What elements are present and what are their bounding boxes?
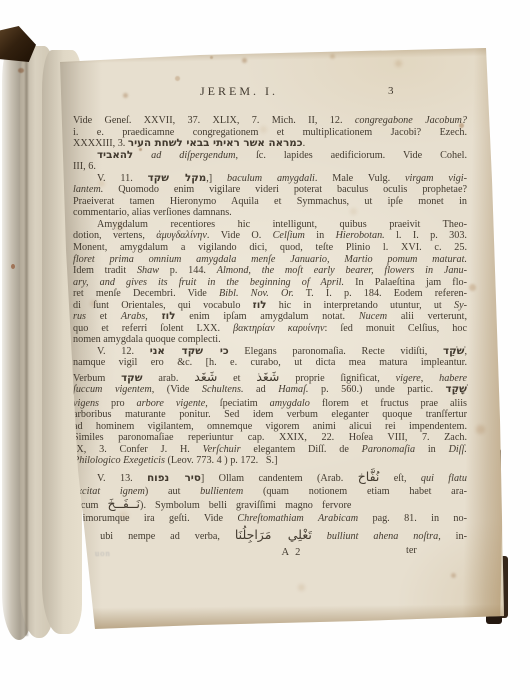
ghost-mark: uon: [95, 548, 111, 558]
text-line: V. 12. כי שקד אני Elegans paronomaſia. R…: [73, 346, 467, 358]
text-line: quo et referri ſolent LXX. βακτηρίαν καρ…: [73, 323, 467, 335]
text-line: floret prima omnium amygdala menſe Janua…: [73, 254, 467, 266]
text-line: Philologico Exegeticis (Leov. 773. 4 ) p…: [73, 455, 467, 467]
running-title: JEREM. I.: [200, 84, 278, 99]
text-line: Amygdalum recentiores hic intelligunt, q…: [73, 219, 467, 231]
page-bottom-edge: [60, 604, 510, 632]
page-footer: uon A 2 ter: [73, 547, 467, 560]
page-number: 3: [388, 85, 394, 97]
text-lines: Vide Geneſ. XXVII, 37. XLIX, 7. Mich. II…: [73, 115, 467, 540]
text-line: Monent, amygdalum a vigilando dici, quod…: [73, 242, 467, 254]
text-line: commentario, alias verſiones damnans.: [73, 207, 467, 219]
text-line: arboribus maturante ponitur. Sed idem ve…: [73, 409, 467, 421]
spine-crease: [24, 46, 29, 636]
text-line: Praeiverat tamen Hieronymo Aquila et Sym…: [73, 196, 467, 208]
text-line: nomen amygdala quoque complecti.: [73, 334, 467, 346]
text-line: lantem. Quomodo enim vigilare videri pot…: [73, 184, 467, 196]
page-top-edge: [50, 40, 500, 64]
catchword: ter: [406, 545, 417, 556]
text-line: namque vigil ero &c. [h. e. curabo, ut d…: [73, 357, 467, 369]
text-line: vigens pro arbore vigente, ſpeciatim amy…: [73, 398, 467, 410]
foxing-spots: [0, 0, 3, 3]
page-header: JEREM. I. 3: [73, 84, 467, 97]
text-line: IX, 3. Confer J. H. Verſchuir elegantem …: [73, 444, 467, 456]
signature-mark: A 2: [282, 547, 303, 558]
text-line: V. 13. סיר נפוח] Ollam candentem (Arab. …: [73, 471, 467, 483]
text-line: Verbum שקד arab. شَغَد et شَغَذ proprie …: [73, 371, 467, 383]
text-line: di ſunt Orientales, qui vocabulo לוז hic…: [73, 300, 467, 312]
text-line: tis, ubi nempe ad verba, تَغْلِي مَرَاجِ…: [73, 529, 467, 541]
text-line: Idem tradit Shaw p. 144. Almond, the moſ…: [73, 265, 467, 277]
printed-text: JEREM. I. 3 Vide Geneſ. XXVII, 37. XLIX,…: [73, 84, 467, 560]
text-line: ad hominem vigilantem, omnemque vigorem …: [73, 421, 467, 433]
book-photo: JEREM. I. 3 Vide Geneſ. XXVII, 37. XLIX,…: [0, 0, 530, 700]
text-line: bicum نَــفَــخَ). Symbolum belli graviſ…: [73, 498, 467, 510]
text-line: rus et Arabs, לוז enim ipſam amygdalum n…: [73, 311, 467, 323]
text-line: Similes paronomaſiae reperiuntur cap. XX…: [73, 432, 467, 444]
text-line: animorumque ira geſti. Vide Chreſtomathi…: [73, 513, 467, 525]
text-line: להאביד ad diſpergendum, ſc. lapides aedi…: [73, 150, 467, 162]
text-line: ret menſe Decembri. Vide Bibl. Nov. Or. …: [73, 288, 467, 300]
page-right-edge: [462, 40, 513, 641]
text-line: dotion, vertens, ἀμυγδαλίνην. Vide O. Ce…: [73, 230, 467, 242]
text-line: ary, and gives its fruit in the beginnin…: [73, 277, 467, 289]
binding-corner: [0, 26, 36, 62]
foxing-spot: [18, 68, 24, 73]
text-line: ſuccum vigentem, (Vide Schultens. ad Ham…: [73, 384, 467, 396]
text-line: Vide Geneſ. XXVII, 37. XLIX, 7. Mich. II…: [73, 115, 467, 127]
foxing-spot: [11, 264, 15, 269]
text-line: V. 11. מקל שקד,] baculum amygdali. Male …: [73, 173, 467, 185]
text-line: III, 6.: [73, 161, 467, 173]
